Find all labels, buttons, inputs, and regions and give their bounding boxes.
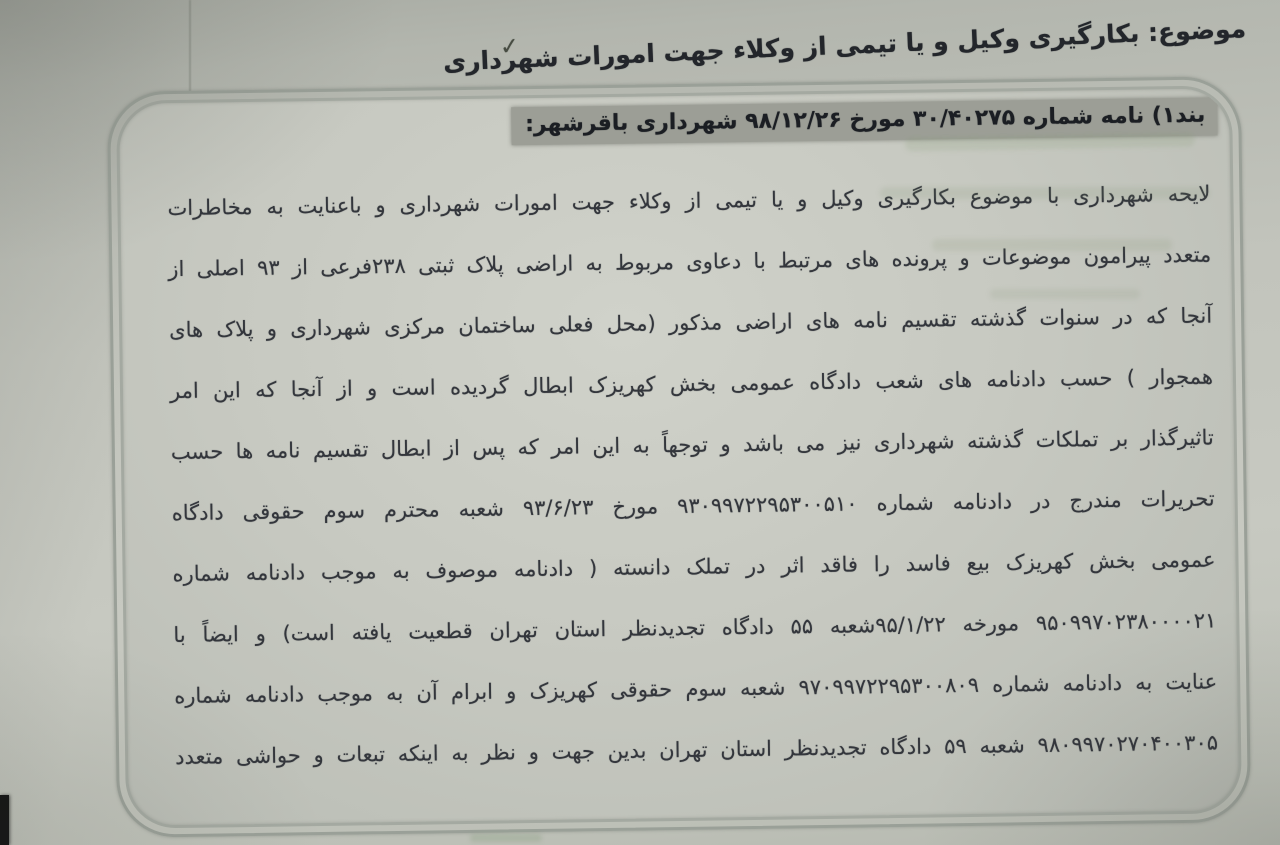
photo-edge-artifact — [0, 795, 9, 845]
subject-line: موضوع: بکارگیری وکیل و یا تیمی از وکلاء … — [520, 14, 1247, 73]
letter-heading-highlight: بند۱) نامه شماره ۳۰/۴۰۲۷۵ مورخ ۹۸/۱۲/۲۶ … — [511, 97, 1218, 145]
paper-crease — [189, 0, 191, 92]
scanned-letter-photo: ✓ موضوع: بکارگیری وکیل و یا تیمی از وکلا… — [0, 0, 1280, 845]
letter-box-border: بند۱) نامه شماره ۳۰/۴۰۲۷۵ مورخ ۹۸/۱۲/۲۶ … — [107, 76, 1251, 838]
letter-body: لایحه شهرداری با موضوع بکارگیری وکیل و ی… — [167, 164, 1218, 789]
ink-bleedthrough-mark — [470, 834, 542, 842]
letter-heading-row: بند۱) نامه شماره ۳۰/۴۰۲۷۵ مورخ ۹۸/۱۲/۲۶ … — [119, 88, 1230, 150]
letter-box: بند۱) نامه شماره ۳۰/۴۰۲۷۵ مورخ ۹۸/۱۲/۲۶ … — [116, 85, 1242, 829]
